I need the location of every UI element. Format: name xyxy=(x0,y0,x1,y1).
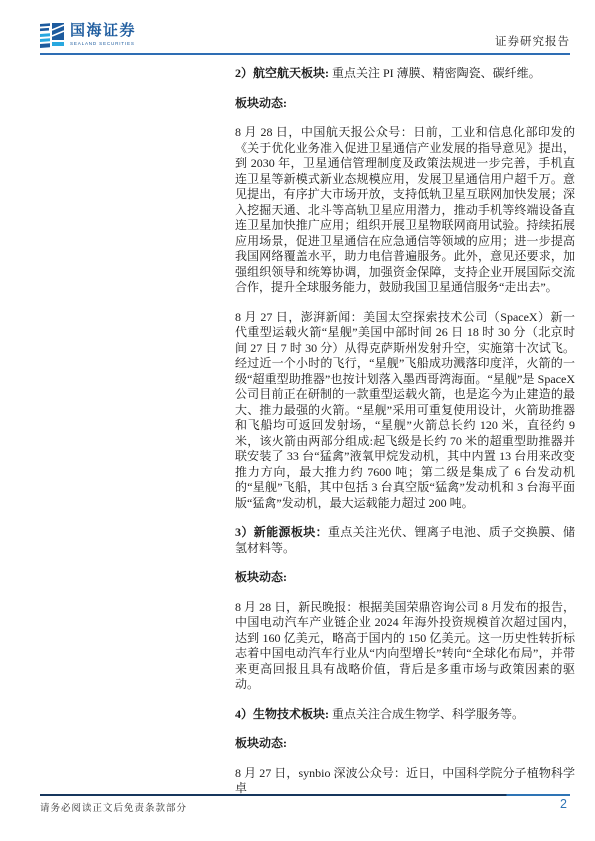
subheading-sector-news-aerospace: 板块动态: xyxy=(235,96,575,112)
logo-company-name-en: SEALAND SECURITIES xyxy=(70,40,136,47)
section-heading-biotech-title: 4）生物技术板块: xyxy=(235,707,332,721)
report-page: 国海证券 SEALAND SECURITIES 证券研究报告 2）航空航天板块:… xyxy=(0,0,595,841)
subheading-sector-news-biotech: 板块动态: xyxy=(235,736,575,752)
company-logo: 国海证券 SEALAND SECURITIES xyxy=(40,23,136,50)
header-divider xyxy=(40,53,570,55)
section-heading-new-energy-title: 3）新能源板块： xyxy=(235,525,328,539)
section-heading-biotech-focus: 重点关注合成生物学、科学服务等。 xyxy=(332,707,524,721)
page-header: 国海证券 SEALAND SECURITIES 证券研究报告 xyxy=(0,0,595,56)
section-heading-new-energy: 3）新能源板块：重点关注光伏、锂离子电池、质子交换膜、储氢材料等。 xyxy=(235,525,575,556)
section-heading-aerospace-title: 2）航空航天板块: xyxy=(235,66,332,80)
section-heading-aerospace-focus: 重点关注 PI 薄膜、精密陶瓷、碳纤维。 xyxy=(332,66,541,80)
section-heading-aerospace: 2）航空航天板块: 重点关注 PI 薄膜、精密陶瓷、碳纤维。 xyxy=(235,66,575,82)
page-number: 2 xyxy=(560,797,567,811)
footer-divider xyxy=(40,794,570,796)
paragraph-satellite-policy: 8 月 28 日，中国航天报公众号：日前，工业和信息化部印发的《关于优化业务准入… xyxy=(235,125,575,296)
report-type-label: 证券研究报告 xyxy=(495,33,570,49)
sealand-logo-icon xyxy=(40,23,65,50)
paragraph-synbio-news: 8 月 27 日，synbio 深波公众号：近日，中国科学院分子植物科学卓 xyxy=(235,766,575,797)
logo-company-name: 国海证券 xyxy=(70,23,136,40)
subheading-sector-news-new-energy: 板块动态: xyxy=(235,570,575,586)
paragraph-ev-overseas-investment: 8 月 28 日，新民晚报：根据美国荣鼎咨询公司 8 月发布的报告，中国电动汽车… xyxy=(235,600,575,693)
paragraph-spacex-starship: 8 月 27 日，澎湃新闻：美国太空探索技术公司（SpaceX）新一代重型运载火… xyxy=(235,310,575,512)
report-body: 2）航空航天板块: 重点关注 PI 薄膜、精密陶瓷、碳纤维。 板块动态: 8 月… xyxy=(235,66,575,811)
section-heading-biotech: 4）生物技术板块: 重点关注合成生物学、科学服务等。 xyxy=(235,707,575,723)
logo-text-block: 国海证券 SEALAND SECURITIES xyxy=(70,23,136,47)
footer-disclaimer: 请务必阅读正文后免责条款部分 xyxy=(40,800,187,814)
